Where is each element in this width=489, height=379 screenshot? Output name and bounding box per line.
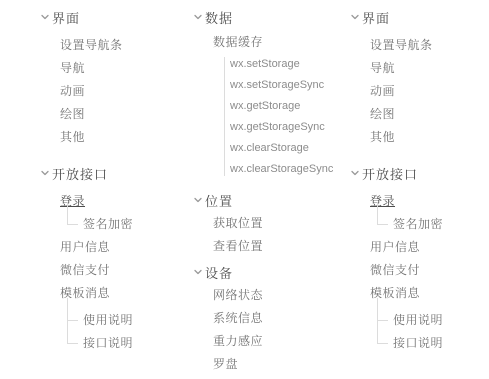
nav-header-label: 开放接口 [52,164,108,183]
section-location: 位置 获取位置 查看位置 [193,191,343,254]
nav-header-data[interactable]: 数据 [193,8,343,26]
nav-item-system-info[interactable]: 系统信息 [193,310,343,326]
section-interface-left: 界面 设置导航条 导航 动画 绘图 其他 [40,8,172,145]
nav-header-device[interactable]: 设备 [193,263,343,281]
nav-item-usage-doc[interactable]: 使用说明 [83,312,172,328]
sidebar-right: 界面 设置导航条 导航 动画 绘图 其他 开放接口 登录 签名加密 用户信息 微… [350,8,482,358]
chevron-down-icon[interactable] [40,12,52,22]
nav-header-location[interactable]: 位置 [193,191,343,209]
nav-item-signature[interactable]: 签名加密 [393,216,482,232]
nav-item-view-location[interactable]: 查看位置 [193,238,343,254]
sidebar-middle: 数据 数据缓存 wx.setStorage wx.setStorageSync … [193,8,343,379]
api-item-get-storage-sync[interactable]: wx.getStorageSync [230,120,343,134]
nav-item-network-status[interactable]: 网络状态 [193,287,343,303]
chevron-down-icon[interactable] [350,168,362,178]
nav-link-login[interactable]: 登录 [350,193,482,209]
nav-header-label: 界面 [52,8,80,27]
nav-item-get-location[interactable]: 获取位置 [193,215,343,231]
api-item-get-storage[interactable]: wx.getStorage [230,99,343,113]
nav-header-label: 数据 [205,8,233,27]
chevron-down-icon[interactable] [350,12,362,22]
api-item-set-storage[interactable]: wx.setStorage [230,57,343,71]
nav-item-wechat-pay[interactable]: 微信支付 [40,262,172,278]
section-open-api-left: 开放接口 登录 签名加密 用户信息 微信支付 模板消息 使用说明 接口说明 [40,164,172,351]
nav-header-open-api[interactable]: 开放接口 [350,164,482,182]
nav-item-navbar[interactable]: 设置导航条 [40,37,172,53]
section-device: 设备 网络状态 系统信息 重力感应 罗盘 [193,263,343,372]
nav-item-accelerometer[interactable]: 重力感应 [193,333,343,349]
nav-item-navbar[interactable]: 设置导航条 [350,37,482,53]
nav-item-drawing[interactable]: 绘图 [40,106,172,122]
chevron-down-icon[interactable] [193,195,205,205]
api-item-clear-storage[interactable]: wx.clearStorage [230,141,343,155]
nav-header-label: 界面 [362,8,390,27]
api-item-set-storage-sync[interactable]: wx.setStorageSync [230,78,343,92]
api-item-clear-storage-sync[interactable]: wx.clearStorageSync [230,162,343,176]
nav-header-open-api[interactable]: 开放接口 [40,164,172,182]
login-subtree: 签名加密 [83,216,172,232]
nav-item-animation[interactable]: 动画 [350,83,482,99]
nav-item-other[interactable]: 其他 [40,129,172,145]
nav-item-signature[interactable]: 签名加密 [83,216,172,232]
nav-item-user-info[interactable]: 用户信息 [40,239,172,255]
storage-api-list: wx.setStorage wx.setStorageSync wx.getSt… [224,57,343,176]
nav-item-data-cache[interactable]: 数据缓存 [193,34,343,50]
nav-item-api-doc[interactable]: 接口说明 [393,335,482,351]
section-open-api-right: 开放接口 登录 签名加密 用户信息 微信支付 模板消息 使用说明 接口说明 [350,164,482,351]
nav-item-other[interactable]: 其他 [350,129,482,145]
docs-sidebar-comparison: 界面 设置导航条 导航 动画 绘图 其他 开放接口 登录 签名加密 用户信息 微… [0,0,489,379]
nav-item-user-info[interactable]: 用户信息 [350,239,482,255]
nav-item-navigation[interactable]: 导航 [350,60,482,76]
nav-item-navigation[interactable]: 导航 [40,60,172,76]
nav-header-label: 开放接口 [362,164,418,183]
nav-item-compass[interactable]: 罗盘 [193,356,343,372]
nav-header-label: 设备 [205,263,233,282]
chevron-down-icon[interactable] [40,168,52,178]
nav-item-template-message[interactable]: 模板消息 [350,285,482,301]
section-interface-right: 界面 设置导航条 导航 动画 绘图 其他 [350,8,482,145]
chevron-down-icon[interactable] [193,267,205,277]
template-message-subtree: 使用说明 接口说明 [393,312,482,351]
template-message-subtree: 使用说明 接口说明 [83,312,172,351]
nav-header-label: 位置 [205,191,233,210]
nav-header-interface[interactable]: 界面 [350,8,482,26]
chevron-down-icon[interactable] [193,12,205,22]
nav-item-api-doc[interactable]: 接口说明 [83,335,172,351]
nav-item-template-message[interactable]: 模板消息 [40,285,172,301]
login-subtree: 签名加密 [393,216,482,232]
nav-item-animation[interactable]: 动画 [40,83,172,99]
nav-link-login[interactable]: 登录 [40,193,172,209]
nav-item-usage-doc[interactable]: 使用说明 [393,312,482,328]
nav-item-wechat-pay[interactable]: 微信支付 [350,262,482,278]
nav-header-interface[interactable]: 界面 [40,8,172,26]
sidebar-left: 界面 设置导航条 导航 动画 绘图 其他 开放接口 登录 签名加密 用户信息 微… [40,8,172,358]
nav-item-drawing[interactable]: 绘图 [350,106,482,122]
section-data: 数据 数据缓存 wx.setStorage wx.setStorageSync … [193,8,343,176]
